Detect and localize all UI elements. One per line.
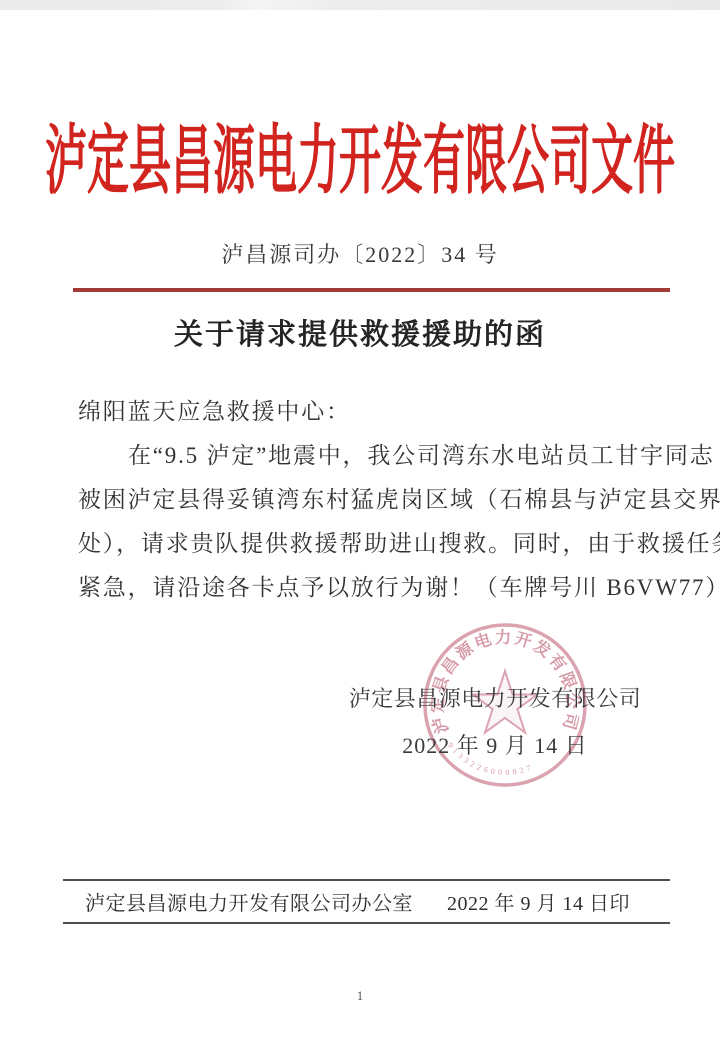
signature-block: 泸定县昌源电力开发有限公司 2022 年 9 月 14 日 (330, 682, 660, 760)
scan-edge-strip (0, 0, 720, 10)
body-line: 在“9.5 泸定”地震中，我公司湾东水电站员工甘宇同志 (78, 434, 674, 478)
signature-date: 2022 年 9 月 14 日 (330, 729, 660, 760)
body-line: 紧急，请沿途各卡点予以放行为谢！（车牌号川 B6VW77） (78, 566, 674, 610)
footer-print-date: 2022 年 9 月 14 日印 (447, 887, 630, 916)
letterhead-title: 泸定县昌源电力开发有限公司文件 (0, 104, 720, 204)
footer-issuer: 泸定县昌源电力开发有限公司办公室 (85, 887, 413, 916)
letter-title: 关于请求提供救援援助的函 (0, 312, 720, 353)
letter-body: 绵阳蓝天应急救援中心： 在“9.5 泸定”地震中，我公司湾东水电站员工甘宇同志 … (78, 390, 674, 610)
body-line: 被困泸定县得妥镇湾东村猛虎岗区域（石棉县与泸定县交界 (78, 478, 674, 522)
body-line: 处），请求贵队提供救援帮助进山搜救。同时，由于救援任务 (78, 522, 674, 566)
page-number: 1 (0, 988, 720, 1004)
footer-bar: 泸定县昌源电力开发有限公司办公室 2022 年 9 月 14 日印 (63, 879, 670, 924)
red-divider-line (73, 288, 670, 292)
salutation: 绵阳蓝天应急救援中心： (78, 390, 674, 434)
document-number: 泸昌源司办〔2022〕34 号 (0, 238, 720, 269)
letterhead-title-text: 泸定县昌源电力开发有限公司文件 (45, 99, 675, 208)
document-page: { "page": { "page_number": "1" }, "heade… (0, 0, 720, 1043)
signature-company: 泸定县昌源电力开发有限公司 (330, 682, 660, 713)
